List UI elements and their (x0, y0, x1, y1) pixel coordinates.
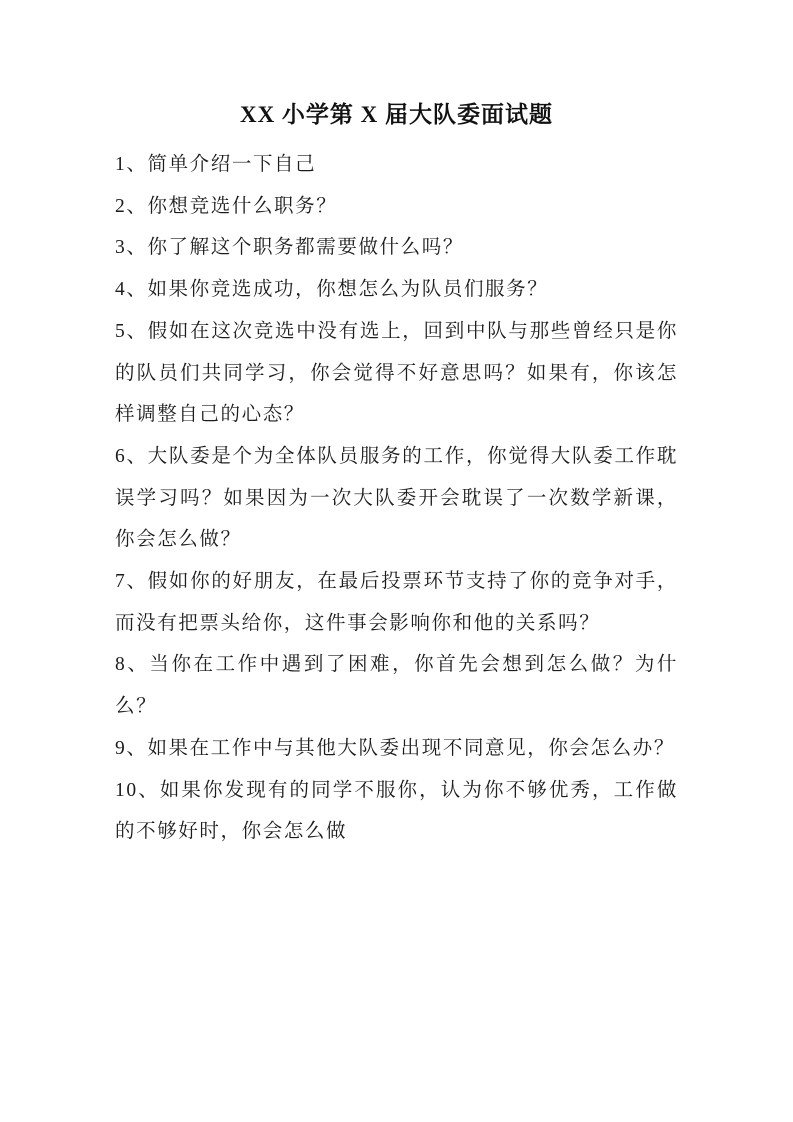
document-title: XX 小学第 X 届大队委面试题 (115, 96, 678, 134)
question-item-2: 2、你想竞选什么职务？ (115, 186, 678, 228)
question-item-5: 5、假如在这次竞选中没有选上，回到中队与那些曾经只是你的队员们共同学习，你会觉得… (115, 311, 678, 436)
question-item-7: 7、假如你的好朋友，在最后投票环节支持了你的竞争对手，而没有把票头给你，这件事会… (115, 561, 678, 644)
question-item-9: 9、如果在工作中与其他大队委出现不同意见，你会怎么办？ (115, 728, 678, 770)
question-item-4: 4、如果你竞选成功，你想怎么为队员们服务？ (115, 269, 678, 311)
question-item-1: 1、简单介绍一下自己 (115, 144, 678, 186)
question-item-3: 3、你了解这个职务都需要做什么吗？ (115, 227, 678, 269)
document-page: XX 小学第 X 届大队委面试题 1、简单介绍一下自己 2、你想竞选什么职务？ … (0, 0, 793, 1122)
question-item-8: 8、当你在工作中遇到了困难，你首先会想到怎么做？为什么？ (115, 644, 678, 727)
question-list: 1、简单介绍一下自己 2、你想竞选什么职务？ 3、你了解这个职务都需要做什么吗？… (115, 144, 678, 853)
question-item-6: 6、大队委是个为全体队员服务的工作，你觉得大队委工作耽误学习吗？如果因为一次大队… (115, 436, 678, 561)
question-item-10: 10、如果你发现有的同学不服你，认为你不够优秀，工作做的不够好时，你会怎么做 (115, 770, 678, 853)
